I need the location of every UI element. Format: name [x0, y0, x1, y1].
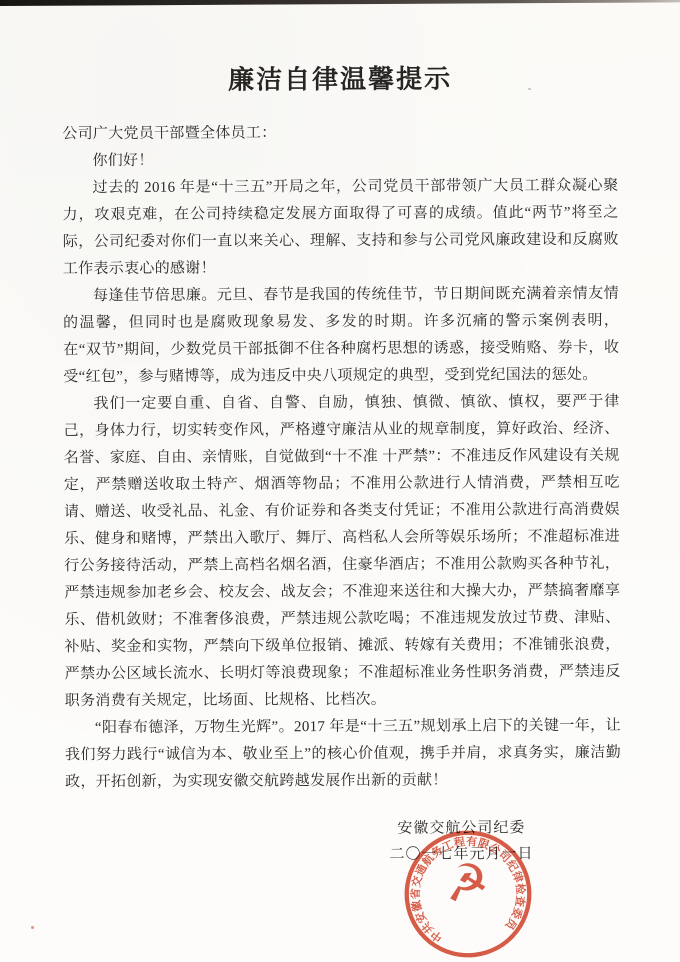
signature-block: 安徽交航公司纪委 二〇一七年元月一日 [389, 815, 533, 868]
signature-org: 安徽交航公司纪委 [389, 815, 533, 842]
paragraph-2: 每逢佳节倍思廉。元旦、春节是我国的传统佳节，节日期间既充满着亲情友情的温馨，但同… [63, 281, 619, 391]
paragraph-4: “阳春布德泽，万物生光辉”。2017 年是“十三五”规划承上启下的关键一年，让我… [65, 713, 621, 796]
scanned-document-page: 廉洁自律温馨提示 公司广大党员干部暨全体员工： 你们好！ 过去的 2016 年是… [0, 0, 680, 962]
greeting: 你们好！ [62, 146, 618, 175]
document-title: 廉洁自律温馨提示 [62, 63, 618, 97]
salutation: 公司广大党员干部暨全体员工： [62, 119, 618, 148]
document-body: 公司广大党员干部暨全体员工： 你们好！ 过去的 2016 年是“十三五”开局之年… [62, 119, 621, 796]
scan-edge-artifact [0, 0, 680, 6]
paragraph-1: 过去的 2016 年是“十三五”开局之年，公司党员干部带领广大员工群众凝心聚力，… [62, 173, 618, 283]
scan-speck [31, 926, 34, 929]
signature-date: 二〇一七年元月一日 [389, 841, 533, 868]
paragraph-3: 我们一定要自重、自省、自警、自励，慎独、慎微、慎欲、慎权，要严于律己，身体力行，… [63, 389, 620, 715]
document-content: 廉洁自律温馨提示 公司广大党员干部暨全体员工： 你们好！ 过去的 2016 年是… [62, 63, 622, 869]
